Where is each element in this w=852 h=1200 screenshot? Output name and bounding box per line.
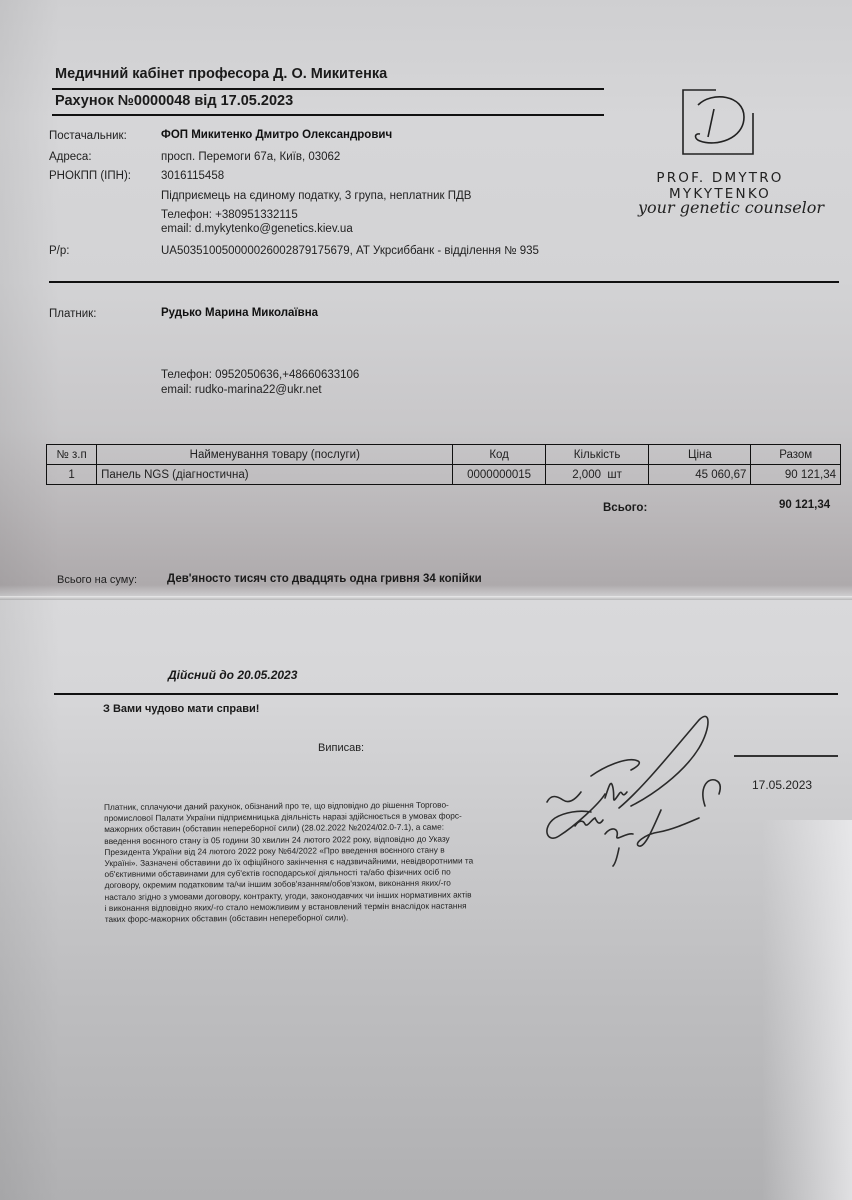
section-divider — [49, 281, 839, 283]
header-rule-top — [52, 88, 604, 90]
amount-in-words: Дев'яносто тисяч сто двадцять одна гривн… — [167, 573, 482, 585]
supplier-label: Постачальник: — [49, 130, 127, 142]
logo-tagline: your genetic counselor — [638, 198, 824, 217]
col-header-price: Ціна — [649, 445, 751, 465]
paper-glare-right — [762, 820, 852, 1200]
grand-total-label: Всього: — [603, 502, 647, 514]
signature-line — [734, 755, 838, 757]
payer-label: Платник: — [49, 308, 96, 320]
letter-d-monogram-icon — [682, 89, 754, 155]
clinic-title: Медичний кабінет професора Д. О. Микитен… — [55, 66, 387, 82]
payer-name: Рудько Марина Миколаївна — [161, 307, 318, 319]
col-header-name: Найменування товару (послуги) — [97, 445, 453, 465]
account-label: Р/р: — [49, 245, 69, 257]
cell-name: Панель NGS (діагностична) — [97, 465, 453, 485]
col-header-code: Код — [453, 445, 545, 465]
valid-until: Дійсний до 20.05.2023 — [168, 668, 297, 682]
invoice-title: Рахунок №0000048 від 17.05.2023 — [55, 93, 293, 109]
tax-status: Підприємець на єдиному податку, 3 група,… — [161, 190, 471, 202]
table-header-row: № з.п Найменування товару (послуги) Код … — [47, 445, 841, 465]
footer-rule — [54, 693, 838, 695]
cell-price: 45 060,67 — [649, 465, 751, 485]
cell-quantity: 2,000 шт — [545, 465, 649, 485]
paper-fold-crease — [0, 596, 852, 600]
force-majeure-notice: Платник, сплачуючи даний рахунок, обізна… — [104, 799, 475, 925]
header-rule-bottom — [52, 114, 604, 116]
cell-number: 1 — [47, 465, 97, 485]
col-header-quantity: Кількість — [545, 445, 649, 465]
address-label: Адреса: — [49, 151, 92, 163]
supplier-name: ФОП Микитенко Дмитро Олександрович — [161, 129, 392, 141]
thanks-message: З Вами чудово мати справи! — [103, 703, 259, 715]
address-value: просп. Перемоги 67а, Київ, 03062 — [161, 151, 340, 163]
signature-icon — [535, 708, 735, 868]
payer-phone: Телефон: 0952050636,+48660633106 — [161, 369, 359, 381]
account-value: UA503510050000026002879175679, АТ Укрсиб… — [161, 245, 539, 257]
col-header-total: Разом — [751, 445, 841, 465]
cell-code: 0000000015 — [453, 465, 545, 485]
tax-id-label: РНОКПП (ІПН): — [49, 170, 131, 182]
table-row: 1 Панель NGS (діагностична) 0000000015 2… — [47, 465, 841, 485]
items-table: № з.п Найменування товару (послуги) Код … — [46, 444, 841, 485]
tax-id-value: 3016115458 — [161, 170, 224, 182]
signature-date: 17.05.2023 — [752, 778, 812, 792]
supplier-email: email: d.mykytenko@genetics.kiev.ua — [161, 223, 353, 235]
col-header-number: № з.п — [47, 445, 97, 465]
payer-email: email: rudko-marina22@ukr.net — [161, 384, 322, 396]
grand-total-value: 90 121,34 — [779, 499, 830, 511]
issued-by-label: Виписав: — [318, 742, 364, 754]
supplier-phone: Телефон: +380951332115 — [161, 209, 298, 221]
amount-in-words-label: Всього на суму: — [57, 574, 137, 586]
cell-total: 90 121,34 — [751, 465, 841, 485]
